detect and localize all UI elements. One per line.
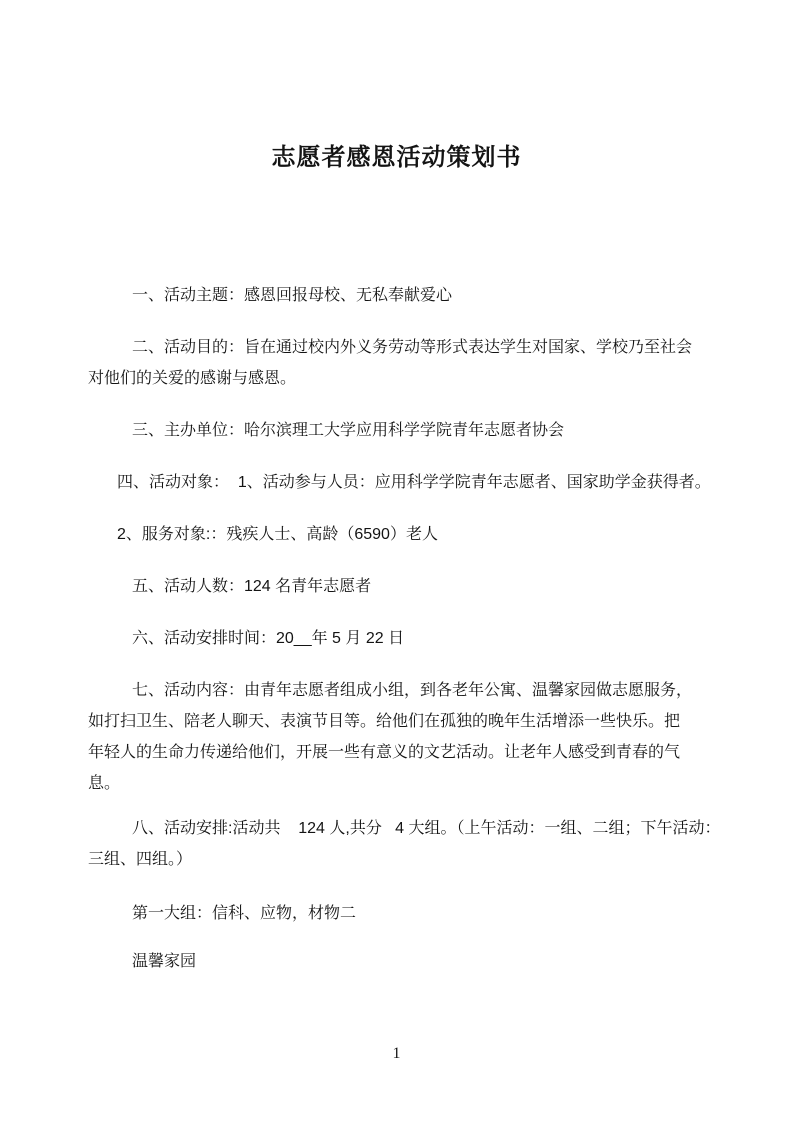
document-body: 一、活动主题：感恩回报母校、无私奉献爱心二、活动目的：旨在通过校内外义务劳动等形… — [88, 280, 705, 977]
paragraph: 六、活动安排时间：20__年 5 月 22 日 — [88, 623, 705, 654]
text-line: 八、活动安排:活动共 124 人,共分 4 大组。（上午活动：一组、二组；下午活… — [88, 813, 705, 844]
text-line: 对他们的关爱的感谢与感恩。 — [88, 363, 705, 394]
text-line: 二、活动目的：旨在通过校内外义务劳动等形式表达学生对国家、学校乃至社会 — [88, 332, 705, 363]
document-page: 志愿者感恩活动策划书 一、活动主题：感恩回报母校、无私奉献爱心二、活动目的：旨在… — [0, 0, 793, 1122]
paragraph: 三、主办单位：哈尔滨理工大学应用科学学院青年志愿者协会 — [88, 415, 705, 446]
paragraph: 第一大组：信科、应物，材物二 — [88, 898, 705, 929]
text-line: 第一大组：信科、应物，材物二 — [88, 898, 705, 929]
text-line: 七、活动内容：由青年志愿者组成小组，到各老年公寓、温馨家园做志愿服务， — [88, 675, 705, 706]
text-line: 六、活动安排时间：20__年 5 月 22 日 — [88, 623, 705, 654]
text-line: 如打扫卫生、陪老人聊天、表演节目等。给他们在孤独的晚年生活增添一些快乐。把 — [88, 706, 705, 737]
text-line: 温馨家园 — [88, 946, 705, 977]
text-line: 五、活动人数：124 名青年志愿者 — [88, 571, 705, 602]
paragraph: 七、活动内容：由青年志愿者组成小组，到各老年公寓、温馨家园做志愿服务，如打扫卫生… — [88, 675, 705, 799]
page-number: 1 — [0, 1045, 793, 1063]
text-line: 2、服务对象:：残疾人士、高龄（6590）老人 — [88, 519, 705, 550]
text-line: 年轻人的生命力传递给他们，开展一些有意义的文艺活动。让老年人感受到青春的气 — [88, 737, 705, 768]
text-line: 三组、四组。） — [88, 844, 705, 875]
document-title: 志愿者感恩活动策划书 — [88, 140, 705, 176]
text-line: 三、主办单位：哈尔滨理工大学应用科学学院青年志愿者协会 — [88, 415, 705, 446]
paragraph: 一、活动主题：感恩回报母校、无私奉献爱心 — [88, 280, 705, 311]
paragraph: 2、服务对象:：残疾人士、高龄（6590）老人 — [88, 519, 705, 550]
paragraph: 八、活动安排:活动共 124 人,共分 4 大组。（上午活动：一组、二组；下午活… — [88, 813, 705, 875]
paragraph: 五、活动人数：124 名青年志愿者 — [88, 571, 705, 602]
paragraph: 四、活动对象： 1、活动参与人员：应用科学学院青年志愿者、国家助学金获得者。 — [88, 467, 705, 498]
text-line: 四、活动对象： 1、活动参与人员：应用科学学院青年志愿者、国家助学金获得者。 — [88, 467, 705, 498]
paragraph: 温馨家园 — [88, 946, 705, 977]
text-line: 一、活动主题：感恩回报母校、无私奉献爱心 — [88, 280, 705, 311]
paragraph: 二、活动目的：旨在通过校内外义务劳动等形式表达学生对国家、学校乃至社会对他们的关… — [88, 332, 705, 394]
text-line: 息。 — [88, 768, 705, 799]
